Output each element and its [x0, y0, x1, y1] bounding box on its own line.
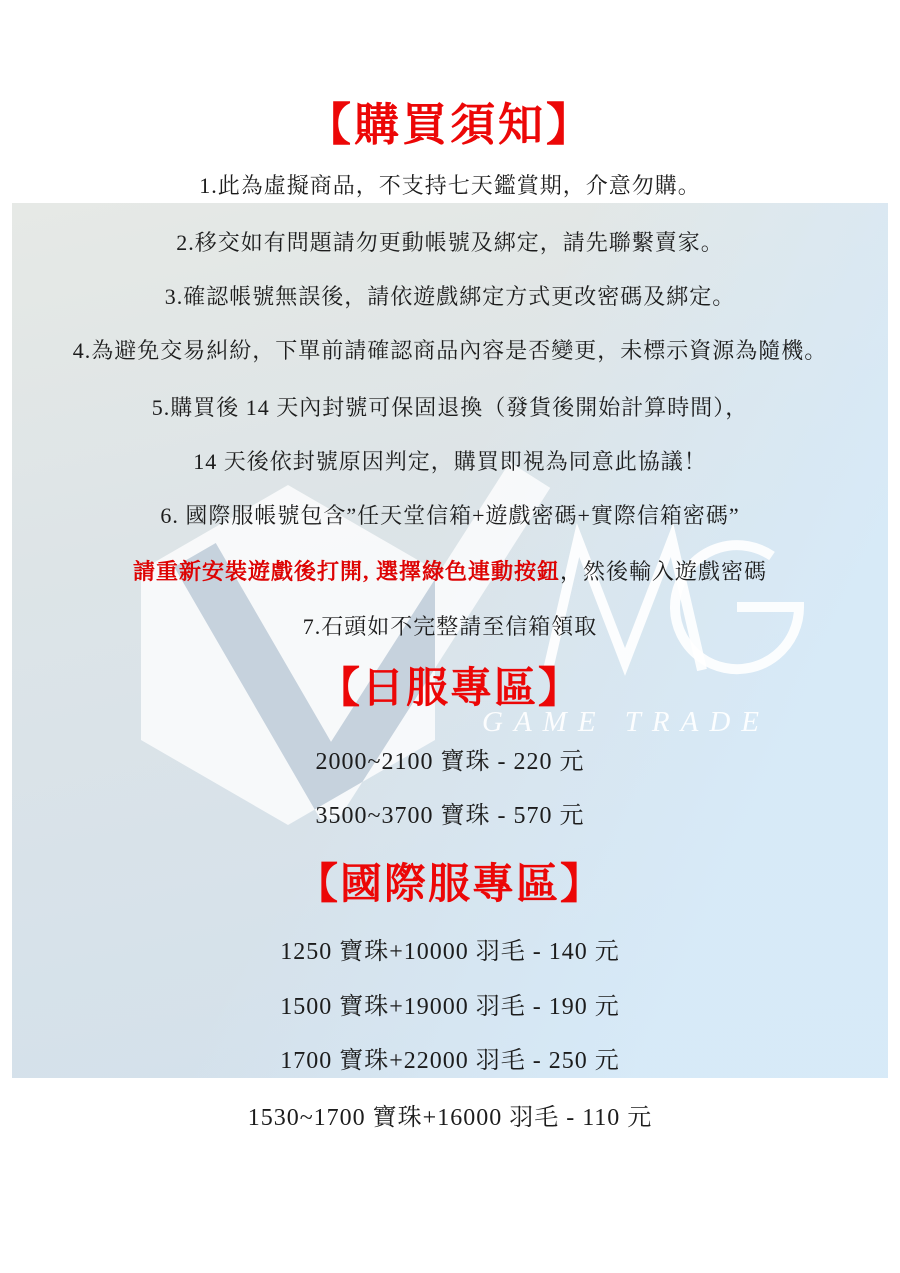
page-title: 【購買須知】 — [0, 96, 900, 155]
note-line-5: 5.購買後 14 天內封號可保固退換（發貨後開始計算時間）， — [0, 394, 900, 423]
price-line-jp-2: 3500~3700 寶珠 - 570 元 — [0, 801, 900, 832]
note-line-7: 7.石頭如不完整請至信箱領取 — [0, 613, 900, 642]
warning-red-text: 請重新安裝遊戲後打開, 選擇綠色連動按鈕 — [133, 559, 560, 584]
note-line-3: 3.確認帳號無誤後，請依遊戲綁定方式更改密碼及綁定。 — [0, 283, 900, 312]
section-title-jp-server: 【日服專區】 — [0, 662, 900, 717]
note-line-6: 6. 國際服帳號包含”任天堂信箱+遊戲密碼+實際信箱密碼” — [0, 502, 900, 531]
price-line-intl-3: 1700 寶珠+22000 羽毛 - 250 元 — [0, 1046, 900, 1077]
section-title-intl-server: 【國際服專區】 — [0, 858, 900, 913]
note-line-5b: 14 天後依封號原因判定，購買即視為同意此協議！ — [0, 448, 900, 477]
notice-page: GAME TRADE 【購買須知】 1.此為虛擬商品，不支持七天鑑賞期，介意勿購… — [0, 0, 900, 1273]
price-line-jp-1: 2000~2100 寶珠 - 220 元 — [0, 747, 900, 778]
price-line-intl-2: 1500 寶珠+19000 羽毛 - 190 元 — [0, 992, 900, 1023]
reinstall-warning-line: 請重新安裝遊戲後打開, 選擇綠色連動按鈕，然後輸入遊戲密碼 — [0, 558, 900, 587]
note-line-2: 2.移交如有問題請勿更動帳號及綁定，請先聯繫賣家。 — [0, 229, 900, 258]
warning-black-text: ，然後輸入遊戲密碼 — [560, 559, 767, 584]
price-line-intl-1: 1250 寶珠+10000 羽毛 - 140 元 — [0, 937, 900, 968]
note-line-4: 4.為避免交易糾紛，下單前請確認商品內容是否變更，未標示資源為隨機。 — [0, 337, 900, 366]
note-line-1: 1.此為虛擬商品，不支持七天鑑賞期，介意勿購。 — [0, 172, 900, 201]
footer-price-line: 1530~1700 寶珠+16000 羽毛 - 110 元 — [0, 1103, 900, 1134]
